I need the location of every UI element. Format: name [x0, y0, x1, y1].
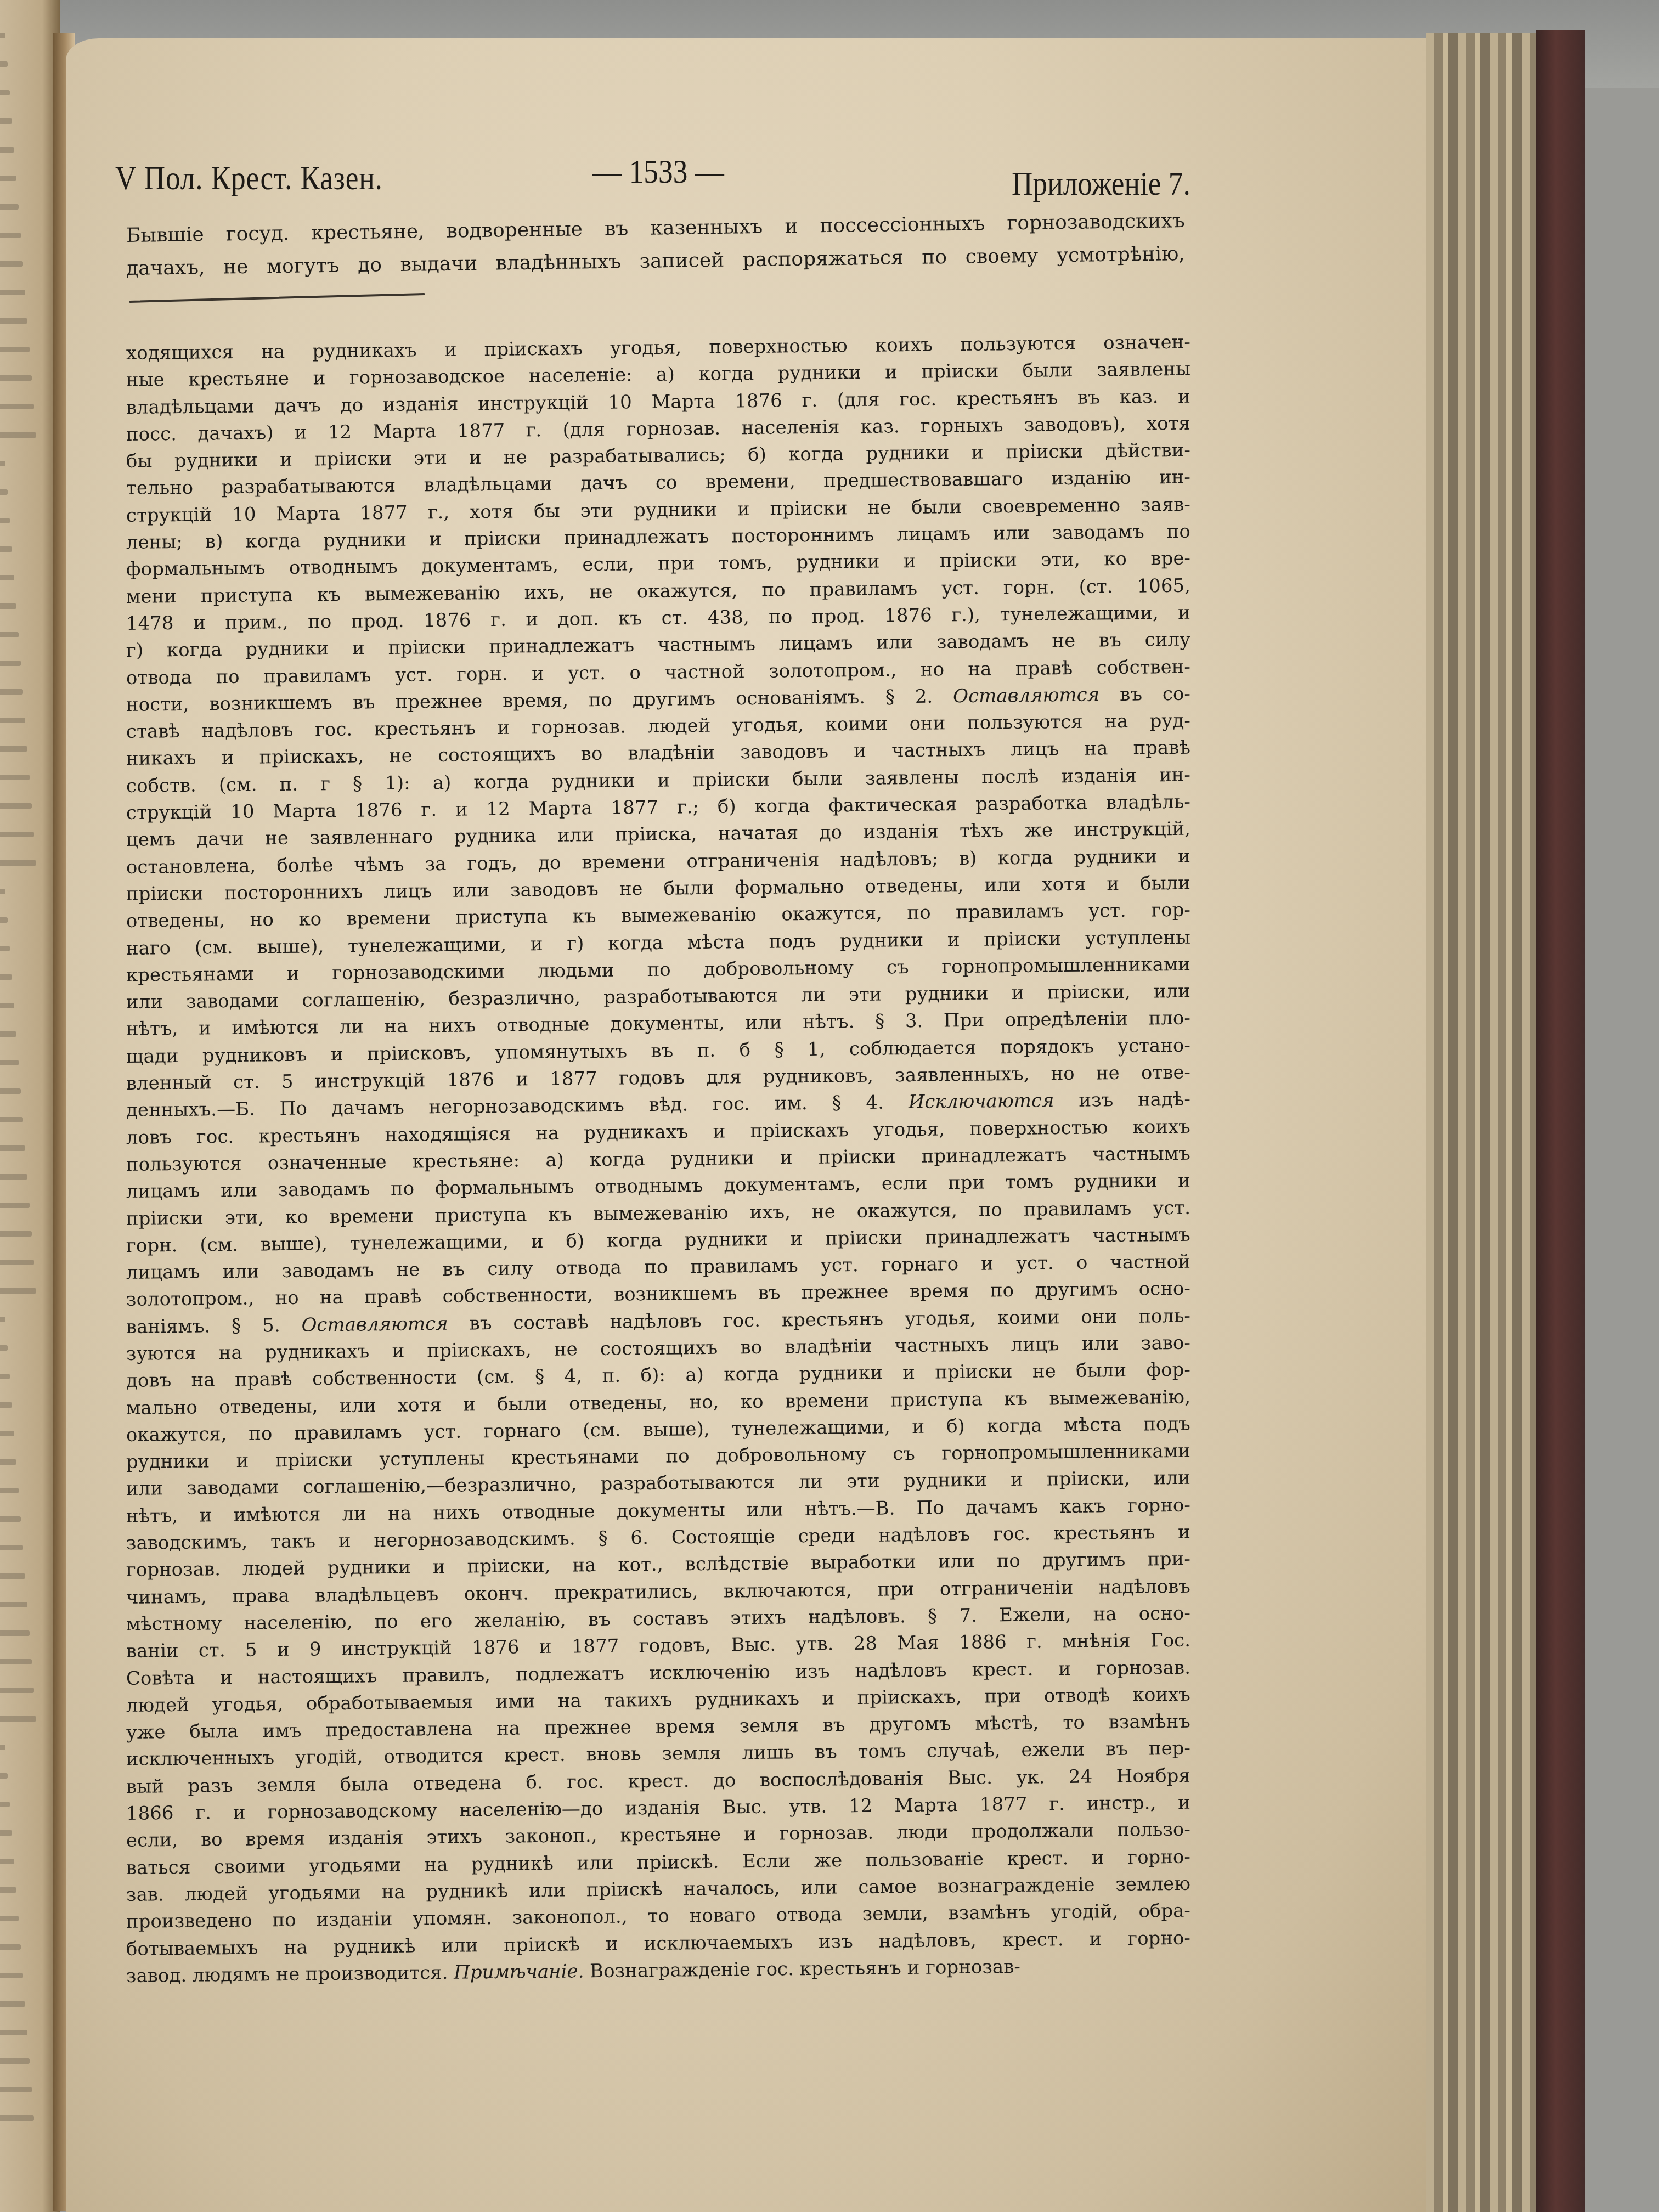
bleed-through-text: [0, 974, 12, 980]
bleed-through-text: [0, 147, 14, 153]
bleed-through-text: [0, 233, 21, 238]
bleed-through-text: [0, 2087, 32, 2092]
bleed-through-text: [0, 261, 23, 267]
bleed-through-text: [0, 2001, 25, 2007]
bleed-through-text: [0, 775, 30, 780]
text-segment: завод. людямъ не производится.: [126, 1962, 454, 1987]
emphasized-term: Оставляются: [301, 1313, 448, 1336]
bleed-through-text: [0, 1402, 12, 1408]
bleed-through-text: [0, 318, 27, 324]
bleed-through-text: [0, 1145, 25, 1151]
bleed-through-text: [0, 1003, 14, 1008]
summary-heading: Бывшiе госуд. крестьяне, водворенные въ …: [126, 219, 1185, 285]
bleed-through-text: [0, 1231, 32, 1237]
bleed-through-text: [0, 1602, 27, 1607]
bleed-through-text: [0, 2058, 30, 2064]
bleed-through-text: [0, 1117, 23, 1122]
bleed-through-text: [0, 917, 8, 923]
emphasized-term: Исключаются: [909, 1090, 1054, 1114]
bleed-through-text: [0, 119, 12, 124]
book-cover-edge: [1536, 30, 1585, 2212]
bleed-through-text: [0, 946, 10, 951]
bleed-through-text: [0, 832, 34, 837]
bleed-through-text: [0, 1716, 36, 1722]
text-segment: Вознагражденiе гос. крестьянъ и горнозав…: [584, 1956, 1020, 1982]
running-head: V Пол. Крест. Казен. — 1533 — Приложенiе…: [115, 148, 1190, 208]
bleed-through-text: [0, 1688, 34, 1693]
bleed-through-text: [0, 347, 30, 352]
bleed-through-text: [0, 746, 27, 752]
bleed-through-text: [0, 290, 25, 295]
bleed-through-text: [0, 461, 5, 466]
bleed-through-text: [0, 1773, 8, 1779]
bleed-through-text: [0, 546, 12, 552]
bleed-through-text: [0, 2030, 27, 2035]
note-label: Примѣчанiе.: [454, 1960, 584, 1983]
bleed-through-text: [0, 1174, 27, 1180]
bleed-through-text: [0, 1060, 19, 1065]
bleed-through-text: [0, 404, 34, 409]
bleed-through-text: [0, 860, 36, 866]
bleed-through-text: [0, 518, 10, 523]
bleed-through-text: [0, 1088, 21, 1094]
bleed-through-text: [0, 1288, 36, 1294]
section-title: V Пол. Крест. Казен.: [115, 159, 383, 198]
body-text: ходящихся на рудникахъ и прiискахъ угодь…: [126, 340, 1190, 1990]
bleed-through-text: [0, 1916, 19, 1921]
appendix-label: Приложенiе 7.: [1012, 165, 1190, 204]
bleed-through-text: [0, 90, 10, 95]
bleed-through-text: [0, 575, 14, 580]
bleed-through-text: [0, 889, 5, 894]
bleed-through-text: [0, 432, 36, 438]
bleed-through-text: [0, 1973, 23, 1978]
bleed-through-text: [0, 803, 32, 809]
bleed-through-text: [0, 176, 16, 181]
bleed-through-text: [0, 1887, 16, 1893]
bleed-through-text: [0, 1944, 21, 1950]
bleed-through-text: [0, 1345, 8, 1351]
bleed-through-text: [0, 1459, 16, 1465]
bleed-through-text: [0, 2115, 34, 2121]
bleed-through-text: [0, 489, 8, 495]
bleed-through-text: [0, 1545, 23, 1550]
bleed-through-text: [0, 661, 21, 666]
bleed-through-text: [0, 1031, 16, 1037]
bleed-through-text: [0, 1317, 5, 1322]
bleed-through-text: [0, 1802, 10, 1807]
emphasized-term: Оставляются: [953, 684, 1100, 707]
bleed-through-text: [0, 1374, 10, 1379]
bleed-through-text: [0, 1745, 5, 1750]
bleed-through-text: [0, 1516, 21, 1522]
bleed-through-text: [0, 632, 19, 637]
bleed-through-text: [0, 1830, 12, 1836]
bleed-through-text: [0, 375, 32, 381]
bleed-through-text: [0, 1859, 14, 1864]
bleed-through-text: [0, 1630, 30, 1636]
bleed-through-text: [0, 603, 16, 609]
bleed-through-text: [0, 718, 25, 723]
bleed-through-text: [0, 1260, 34, 1265]
bleed-through-text: [0, 33, 5, 38]
bleed-through-text: [0, 204, 19, 210]
page-number: — 1533 —: [592, 153, 724, 191]
adjacent-left-page: [0, 0, 60, 2212]
bleed-through-text: [0, 689, 23, 695]
bleed-through-text: [0, 61, 8, 67]
bleed-through-text: [0, 1431, 14, 1436]
bleed-through-text: [0, 1203, 30, 1208]
bleed-through-text: [0, 1488, 19, 1493]
bleed-through-text: [0, 1573, 25, 1579]
page-edges: [1426, 33, 1536, 2212]
bleed-through-text: [0, 1659, 32, 1664]
